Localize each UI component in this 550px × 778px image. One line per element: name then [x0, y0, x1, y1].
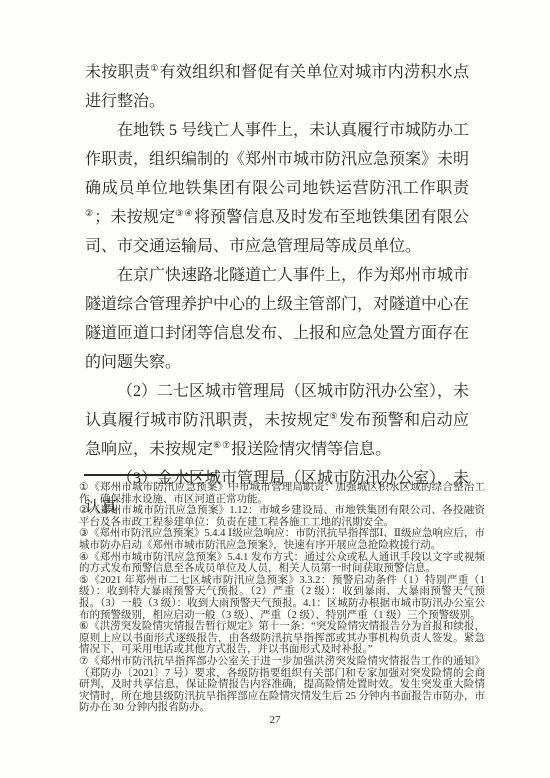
footnote-text: 《洪涝突发险情灾情报告暂行规定》第十一条：“突发险情灾情报告分为首报和续报，原则… [79, 621, 485, 655]
paragraph-text: 未按职责 [85, 64, 150, 81]
paragraph-text: 在京广快速路北隧道亡人事件上，作为郑州市城市隧道综合管理养护中心的上级主管部门，… [85, 267, 469, 371]
footnote-separator [84, 474, 216, 476]
footnote-marker: ④ [79, 552, 89, 563]
footnote: ⑤《2021 年郑州市二七区城市防汛应急预案》3.3.2：预警启动条件（1）特别… [79, 575, 485, 621]
footnote-marker: ② [79, 505, 89, 516]
footnote: ①《郑州市城市防汛应急预案》中市城市管理局职责：加强城区积水区域的综合整治工作，… [79, 482, 485, 505]
footnote: ④《郑州市城市防汛应急预案》5.4.1 发布方式：通过公众或私人通讯手段以文字或… [79, 552, 485, 575]
footnote-text: 《郑州市防汛抗旱指挥部办公室关于进一步加强洪涝突发险情灾情报告工作的通知》（郑防… [79, 656, 485, 713]
footnotes: ①《郑州市城市防汛应急预案》中市城市管理局职责：加强城区积水区域的综合整治工作，… [79, 482, 485, 714]
footnote-text: 《郑州市城市防汛应急预案》1.12：市城乡建设局、市地铁集团有限公司、各投融资平… [79, 505, 485, 528]
paragraph-text: 报送险情灾情等信息。 [231, 441, 391, 458]
footnote-reference: ③④ [175, 208, 194, 218]
footnote-marker: ③ [79, 528, 89, 539]
paragraph: 未按职责①有效组织和督促有关单位对城市内涝积水点进行整治。 [85, 58, 469, 116]
footnote-reference: ② [85, 208, 94, 218]
footnote-reference: ⑥⑦ [213, 440, 231, 450]
footnote-text: 《2021 年郑州市二七区城市防汛应急预案》3.3.2：预警启动条件（1）特别严… [79, 575, 485, 621]
footnote-marker: ⑦ [79, 656, 89, 667]
page-number: 27 [0, 714, 550, 726]
footnote-marker: ① [79, 482, 89, 493]
paragraph: 在京广快速路北隧道亡人事件上，作为郑州市城市隧道综合管理养护中心的上级主管部门，… [85, 261, 469, 377]
paragraph-text: 在地铁 5 号线亡人事件上，未认真履行市城防办工作职责，组织编制的《郑州市城市防… [85, 122, 469, 197]
paragraph-text: ；未按规定 [94, 209, 175, 226]
footnote-text: 《郑州市防汛应急预案》5.4.4 Ⅰ级应急响应：市防汛抗旱指挥部Ⅰ、Ⅱ级应急响应… [79, 528, 485, 551]
body-text: 未按职责①有效组织和督促有关单位对城市内涝积水点进行整治。在地铁 5 号线亡人事… [85, 58, 469, 522]
footnote-text: 《郑州市城市防汛应急预案》5.4.1 发布方式：通过公众或私人通讯手段以文字或视… [79, 552, 485, 575]
footnote: ③《郑州市防汛应急预案》5.4.4 Ⅰ级应急响应：市防汛抗旱指挥部Ⅰ、Ⅱ级应急响… [79, 528, 485, 551]
footnote-reference: ⑤ [330, 411, 339, 421]
footnote: ②《郑州市城市防汛应急预案》1.12：市城乡建设局、市地铁集团有限公司、各投融资… [79, 505, 485, 528]
footnote: ⑥《洪涝突发险情灾情报告暂行规定》第十一条：“突发险情灾情报告分为首报和续报，原… [79, 621, 485, 656]
document-page: 未按职责①有效组织和督促有关单位对城市内涝积水点进行整治。在地铁 5 号线亡人事… [0, 0, 550, 778]
footnote-text: 《郑州市城市防汛应急预案》中市城市管理局职责：加强城区积水区域的综合整治工作，确… [79, 482, 485, 505]
footnote-marker: ⑤ [79, 575, 89, 586]
footnote: ⑦《郑州市防汛抗旱指挥部办公室关于进一步加强洪涝突发险情灾情报告工作的通知》（郑… [79, 656, 485, 714]
paragraph: （2）二七区城市管理局（区城市防汛办公室），未认真履行城市防汛职责，未按规定⑤发… [85, 377, 469, 464]
footnote-reference: ① [150, 63, 159, 73]
footnote-marker: ⑥ [79, 621, 89, 632]
paragraph: 在地铁 5 号线亡人事件上，未认真履行市城防办工作职责，组织编制的《郑州市城市防… [85, 116, 469, 261]
